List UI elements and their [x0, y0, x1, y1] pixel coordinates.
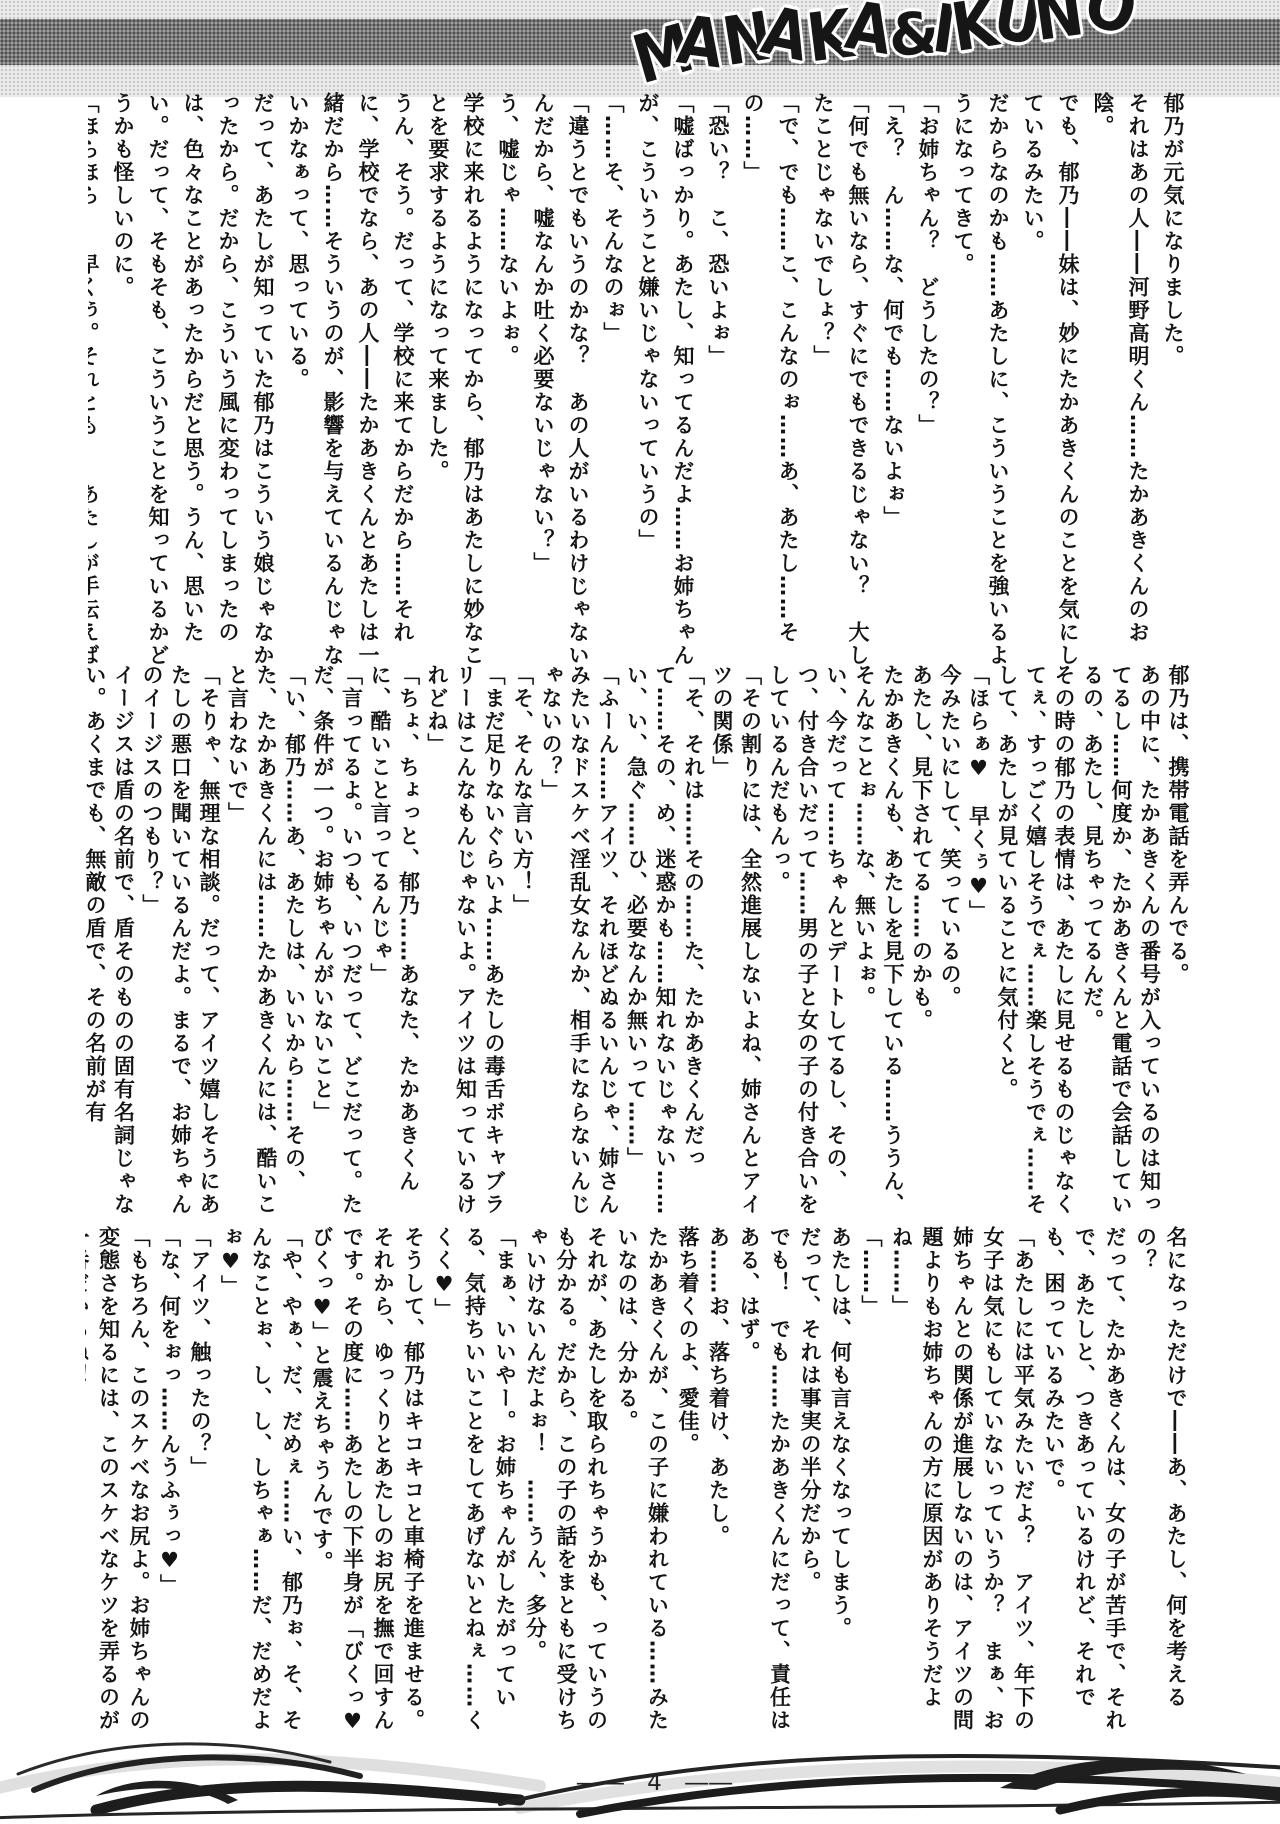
page-number: ―― 4 ―― — [570, 1770, 740, 1796]
page-title: MANAKA&IKUNO — [628, 0, 1108, 106]
page-number-dash-left: ―― — [577, 1770, 625, 1796]
text-band-1: 郁乃が元気になりました。 それはあの人――河野高明くん……たかあきくんのお陰。 … — [88, 92, 1190, 668]
text-band-3: 名になっただけで――あ、あたし、何を考えるの？ だって、たかあきくんは、女の子が… — [85, 1226, 1191, 1754]
text-band-2: 郁乃は、携帯電話を弄んでる。 あの中に、たかあきくんの番号が入っているのは知って… — [82, 664, 1192, 1221]
page-number-value: 4 — [647, 1770, 663, 1796]
doujinshi-text-page: MANAKA&IKUNO 郁乃が元気になりました。 それはあの人――河野高明くん… — [0, 0, 1280, 1824]
page-number-dash-right: ―― — [685, 1770, 733, 1796]
